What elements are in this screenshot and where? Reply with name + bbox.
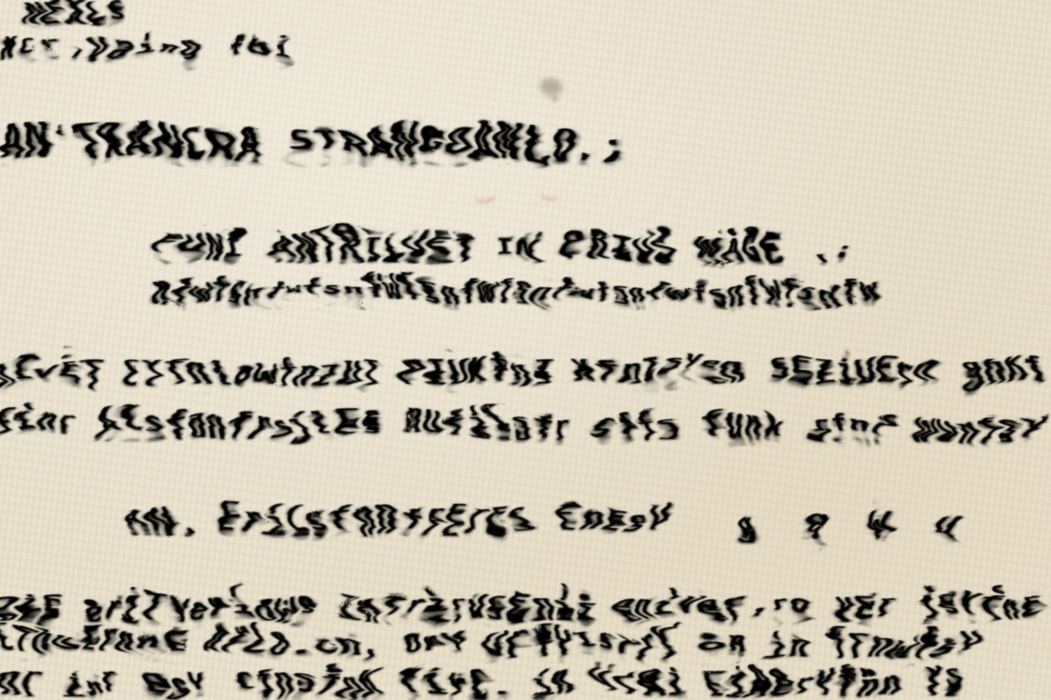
typewritten-centered-line-2: AN. EriLsfnnfrErEs EnEsY g q W u (124, 492, 956, 536)
typewritten-body-line-4: CrhuErnnE ArLo.cn. OrY UrfYlsrrY on in f… (0, 613, 974, 658)
typewritten-line-fragment-second: Kcr.vaing fbi (0, 20, 287, 60)
typewritten-centered-line-1: FUNI ANTRILUET IN PRIUS WAGE .: (152, 218, 849, 262)
typewritten-squiggle-underline: nfwfsnfwfsnfwfsnfwfsnfwfsnfwfsnfwfsnfw (146, 267, 870, 305)
typewritten-text-layer: NEXLs Kcr.vaing fbi AN'TRANCRA STRANGOAN… (0, 0, 1051, 700)
typewritten-heading-line: AN'TRANCRA STRANGOANLO.: (0, 110, 621, 163)
typewritten-body-line-2: finr AlsfanfrsjlEs nufilsfr sffs funk sf… (0, 396, 1038, 441)
document-page: NEXLs Kcr.vaing fbi AN'TRANCRA STRANGOAN… (0, 0, 1051, 700)
typewritten-body-line-5: nr inr esY CfnsfnK TirC. in YrAi EiAerYf… (0, 655, 956, 698)
typewritten-body-line-1: nIvET CYfnlowfnzuT PIUKfnI KfnIsYen sEZi… (0, 342, 1040, 386)
